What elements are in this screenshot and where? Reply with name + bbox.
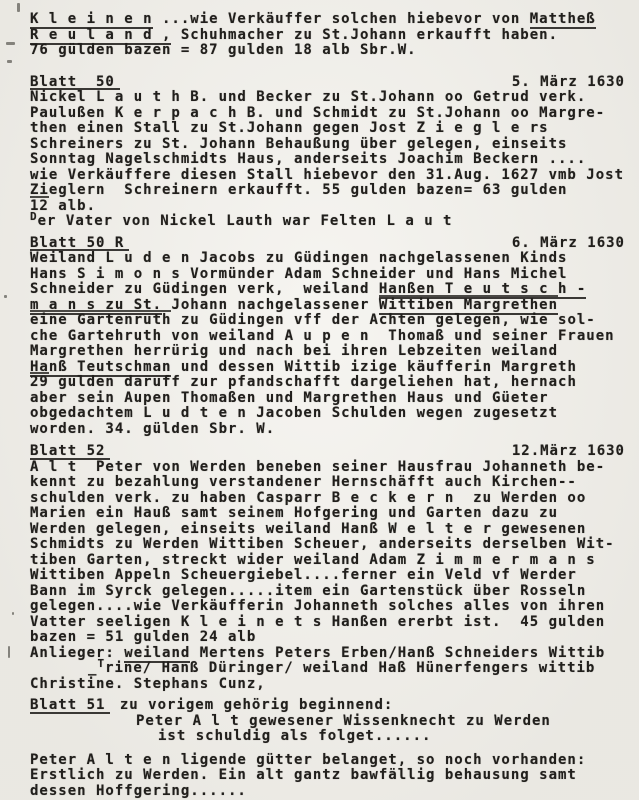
entry-header: Blatt 50 R6. März 1630: [30, 236, 625, 252]
entry-blatt-50: Blatt 505. März 1630Nickel L a u t h B. …: [30, 75, 625, 230]
text-line: bazen = 51 gulden 24 alb: [30, 630, 625, 646]
text-segment: D: [30, 210, 38, 223]
text-segment: 29: [30, 372, 49, 390]
text-segment: obgedachtem L u d t e n Jacoben Schulden…: [30, 405, 558, 421]
text-line: Der Vater von Nickel Lauth war Felten L …: [30, 214, 625, 230]
text-segment: Wittiben Appeln Scheuergiebel....ferner …: [30, 567, 577, 583]
text-segment: zu Güdingen vff der Achten gelegen, wie …: [171, 312, 595, 328]
text-segment: und dessen Wittib izige käufferin Margre…: [171, 359, 576, 375]
entry-heading-rest: zu vorigem gehörig beginnend:: [110, 698, 393, 714]
text-segment: Marien ein Hauß samt seinem Hofgering un…: [30, 505, 558, 521]
text-segment: ist schuldig als folget......: [158, 728, 431, 744]
text-line: Erstlich zu Werden. Ein alt gantz bawfäl…: [30, 768, 625, 784]
text-segment: 76 gülden bazen = 87 gulden 18 alb Sbr.W…: [30, 42, 417, 58]
entry-closing: Peter A l t e n ligende gütter belanget,…: [30, 753, 625, 800]
entry-heading: Blatt 52: [30, 444, 110, 460]
text-line: then einen Stall zu St.Johann gegen Jost…: [30, 121, 625, 137]
text-line: A l t Peter von Werden beneben seiner Ha…: [30, 460, 625, 476]
text-segment: Hans S i m o n s Vormünder Adam Schneide…: [30, 266, 567, 282]
text-line: Schmidts zu Werden Wittiben Scheuer, and…: [30, 537, 625, 553]
text-segment: Erstlich zu Werden. Ein alt gantz bawfäl…: [30, 767, 577, 783]
text-segment: er Vater von Nickel Lauth war Felten L a…: [38, 213, 453, 229]
entry-blatt-52: Blatt 5212.März 1630A l t Peter von Werd…: [30, 444, 625, 692]
text-segment: Christine. Stephans Cunz,: [30, 676, 266, 692]
text-segment: Schuhmacher zu St.Johann erkaufft haben.: [171, 27, 558, 43]
text-segment: Nickel L a u t h B. und Becker zu St.Joh…: [30, 89, 586, 105]
text-segment: ...wie Verkäuffer solchen hiebevor von: [153, 11, 530, 27]
text-segment: bazen = 51 gulden 24 alb: [30, 629, 256, 645]
text-line: Christine. Stephans Cunz,: [30, 677, 625, 693]
entry-intro: K l e i n e n ...wie Verkäuffer solchen …: [30, 12, 625, 59]
entry-header: Blatt 5212.März 1630: [30, 444, 625, 460]
text-segment: Weiland L u d e n Jacobs zu Güdingen nac…: [30, 250, 567, 266]
text-line: 29 gulden daruff zur pfandschafft dargel…: [30, 375, 625, 391]
entry-date: 12.März 1630: [512, 444, 625, 460]
text-segment: Schreiners zu St. Johann Behaußung über …: [30, 136, 567, 152]
text-line: eine Gartenruth zu Güdingen vff der Acht…: [30, 313, 625, 329]
ink-speck: [8, 646, 10, 658]
text-line: Hanß Teutschman und dessen Wittib izige …: [30, 360, 625, 376]
text-line: R e u l a n d , Schuhmacher zu St.Johann…: [30, 28, 625, 44]
text-segment: Werden gelegen, einseits weiland Hanß W …: [30, 521, 586, 537]
text-line: Paulußen K e r p a c h B. und Schmidt zu…: [30, 106, 625, 122]
entry-header: Blatt 51 zu vorigem gehörig beginnend:: [30, 698, 625, 714]
text-segment: Vatter seeligen K l e i n e t s Hanßen e…: [30, 614, 605, 630]
entry-blatt-51: Blatt 51 zu vorigem gehörig beginnend:Pe…: [30, 698, 625, 745]
ink-speck: [4, 295, 7, 298]
text-segment: Zieglern Schreinern erkaufft. 55 gulden …: [30, 182, 567, 198]
text-segment: worden. 34. gülden Sbr. W.: [30, 421, 275, 437]
text-segment: eine Gartenruth: [30, 310, 171, 328]
text-line: Zieglern Schreinern erkaufft. 55 gulden …: [30, 183, 625, 199]
text-line: Nickel L a u t h B. und Becker zu St.Joh…: [30, 90, 625, 106]
text-segment: Anlieger:: [30, 645, 124, 661]
text-segment: Sonntag Nagelschmidts Haus, anderseits J…: [30, 151, 586, 167]
text-segment: Paulußen K e r p a c h B. und Schmidt zu…: [30, 105, 605, 121]
text-segment: gelegen....wie Verkäufferin Johanneth so…: [30, 598, 605, 614]
text-segment: A l t Peter von Werden beneben seiner Ha…: [30, 459, 605, 475]
text-line: Wittiben Appeln Scheuergiebel....ferner …: [30, 568, 625, 584]
text-segment: tiben Garten, streckt wider weiland Adam…: [30, 552, 596, 568]
text-segment: che Gartehruth von weiland A u p e n Tho…: [30, 328, 615, 344]
text-line: schulden verk. zu haben Casparr B e c k …: [30, 491, 625, 507]
text-line: Schreiners zu St. Johann Behaußung über …: [30, 137, 625, 153]
text-line: Sonntag Nagelschmidts Haus, anderseits J…: [30, 152, 625, 168]
text-line: 12 alb.: [30, 199, 625, 215]
text-segment: gulden daruff zur pfandschafft dargelieh…: [49, 374, 577, 390]
text-segment: Mertens Peters Erben/Hanß Schneiders Wit…: [190, 645, 605, 661]
entry-heading: Blatt 51: [30, 698, 110, 714]
text-line: ist schuldig als folget......: [30, 729, 625, 745]
text-segment: aber sein Aupen Thomaßen und Margrethen …: [30, 390, 549, 406]
text-line: Margrethen herrürig und nach bei ihren L…: [30, 344, 625, 360]
ink-speck: [7, 60, 12, 63]
text-segment: wie Verkäuffere diesen Stall hiebevor de…: [30, 167, 624, 183]
entry-date: 5. März 1630: [512, 75, 625, 91]
text-line: dessen Hoffgering......: [30, 784, 625, 800]
entry-date: 6. März 1630: [512, 236, 625, 252]
text-segment: alb.: [49, 198, 96, 214]
document-page: K l e i n e n ...wie Verkäuffer solchen …: [0, 0, 639, 800]
text-line: che Gartehruth von weiland A u p e n Tho…: [30, 329, 625, 345]
ink-speck: [12, 612, 14, 615]
text-line: Marien ein Hauß samt seinem Hofgering un…: [30, 506, 625, 522]
entry-header: Blatt 505. März 1630: [30, 75, 625, 91]
text-line: gelegen....wie Verkäufferin Johanneth so…: [30, 599, 625, 615]
text-segment: then einen Stall zu St.Johann gegen Jost…: [30, 120, 549, 136]
text-line: kennt zu bezahlung verstandener Hernschä…: [30, 475, 625, 491]
text-line: aber sein Aupen Thomaßen und Margrethen …: [30, 391, 625, 407]
entry-blatt-50r: Blatt 50 R6. März 1630Weiland L u d e n …: [30, 236, 625, 438]
text-segment: dessen Hoffgering......: [30, 783, 247, 799]
text-segment: Bann im Syrck gelegen.....item ein Garte…: [30, 583, 586, 599]
text-line: worden. 34. gülden Sbr. W.: [30, 422, 625, 438]
text-line: Bann im Syrck gelegen.....item ein Garte…: [30, 584, 625, 600]
text-segment: Schmidts zu Werden Wittiben Scheuer, and…: [30, 536, 615, 552]
text-segment: Peter A l t gewesener Wissenknecht zu We…: [136, 713, 551, 729]
text-segment: Margrethen herrürig und nach bei ihren L…: [30, 343, 558, 359]
ink-speck: [6, 42, 15, 45]
text-line: Peter A l t gewesener Wissenknecht zu We…: [30, 714, 625, 730]
text-segment: T: [97, 657, 105, 670]
text-line: Weiland L u d e n Jacobs zu Güdingen nac…: [30, 251, 625, 267]
ink-speck: [17, 3, 20, 12]
text-line: K l e i n e n ...wie Verkäuffer solchen …: [30, 12, 625, 28]
text-segment: Peter A l t e n ligende gütter belanget,…: [30, 752, 586, 768]
text-line: Vatter seeligen K l e i n e t s Hanßen e…: [30, 615, 625, 631]
text-line: tiben Garten, streckt wider weiland Adam…: [30, 553, 625, 569]
entry-heading: Blatt 50: [30, 75, 120, 91]
text-line: Peter A l t e n ligende gütter belanget,…: [30, 753, 625, 769]
text-segment: Johann nachgelassener: [162, 297, 379, 313]
text-segment: rine/ Hanß Düringer/ weiland Haß Hünerfe…: [105, 660, 595, 676]
text-line: wie Verkäuffere diesen Stall hiebevor de…: [30, 168, 625, 184]
document-text: K l e i n e n ...wie Verkäuffer solchen …: [30, 12, 625, 799]
entry-heading: Blatt 50 R: [30, 236, 129, 252]
text-line: Anlieger: weiland Mertens Peters Erben/H…: [30, 646, 625, 662]
text-line: obgedachtem L u d t e n Jacoben Schulden…: [30, 406, 625, 422]
text-segment: schulden verk. zu haben Casparr B e c k …: [30, 490, 586, 506]
text-line: _Trine/ Hanß Düringer/ weiland Haß Hüner…: [30, 661, 625, 677]
text-segment: Schneider zu Güdingen verk, weiland: [30, 281, 379, 297]
text-line: 76 gülden bazen = 87 gulden 18 alb Sbr.W…: [30, 43, 625, 59]
text-line: Werden gelegen, einseits weiland Hanß W …: [30, 522, 625, 538]
text-line: Hans S i m o n s Vormünder Adam Schneide…: [30, 267, 625, 283]
text-segment: kennt zu bezahlung verstandener Hernschä…: [30, 474, 577, 490]
